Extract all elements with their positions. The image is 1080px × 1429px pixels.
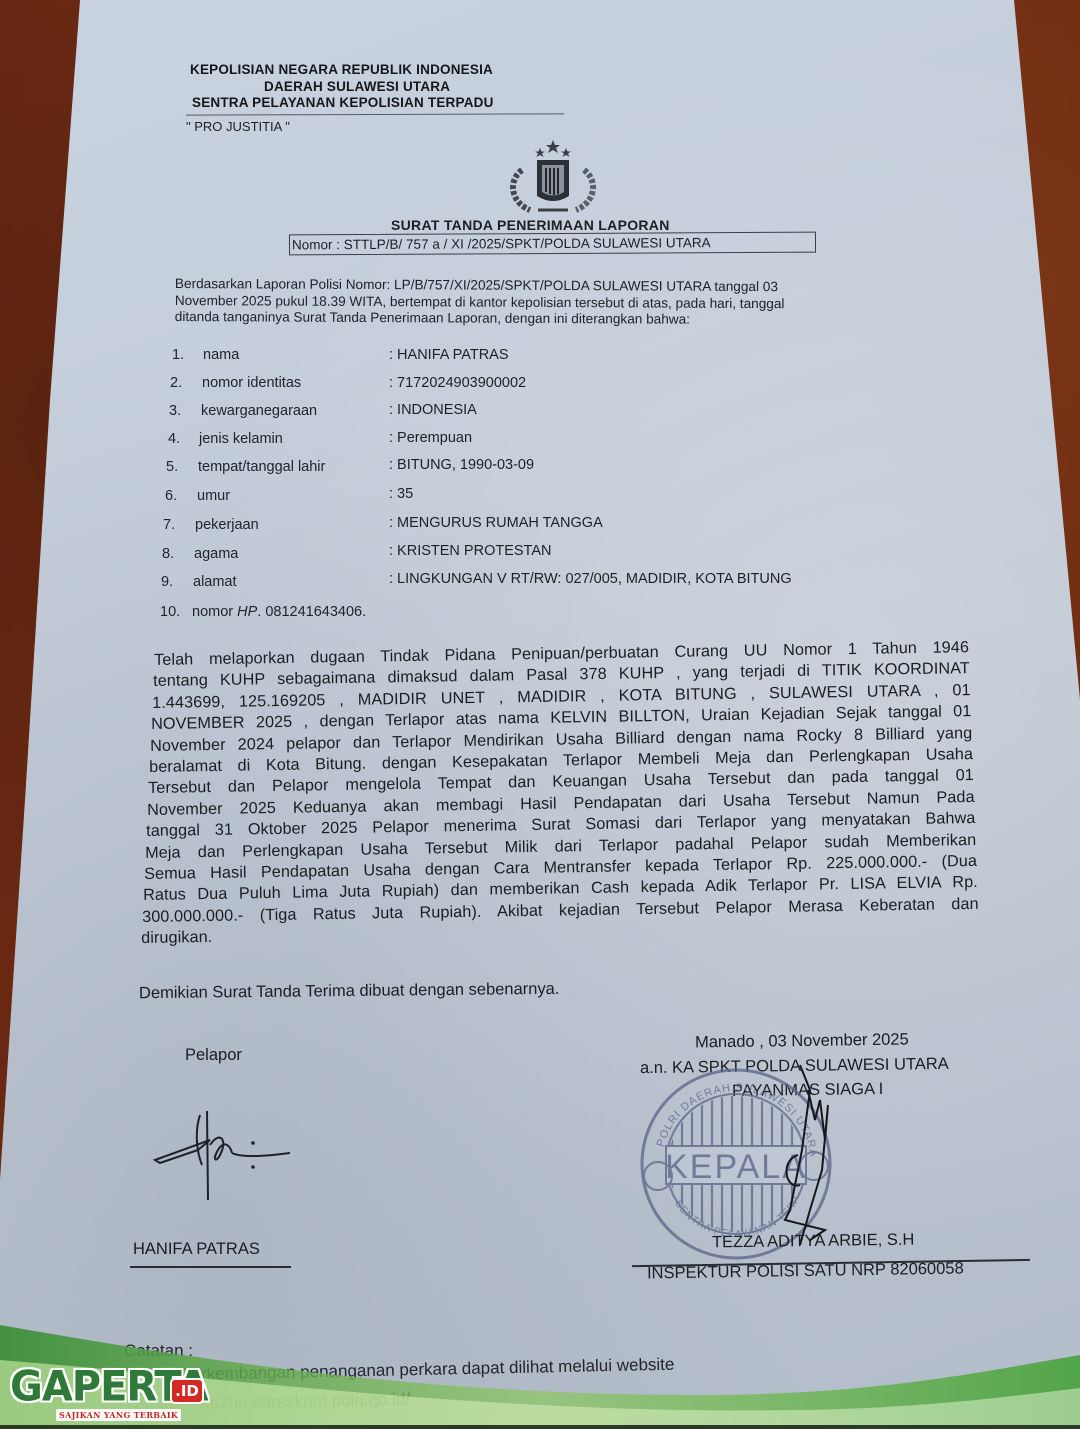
officer-signature [770, 1060, 860, 1250]
identity-row-number: 8. [162, 546, 174, 562]
polri-emblem-icon [500, 140, 606, 216]
identity-row-value: : HANIFA PATRAS [389, 347, 509, 363]
reporter-signature [150, 1105, 305, 1210]
header-institution: KEPOLISIAN NEGARA REPUBLIK INDONESIA [190, 62, 493, 77]
note-heading: Catatan : [124, 1341, 193, 1361]
intro-paragraph: Berdasarkan Laporan Polisi Nomor: LP/B/7… [175, 276, 785, 329]
identity-row-value: : LINGKUNGAN V RT/RW: 027/005, MADIDIR, … [389, 571, 792, 587]
officer-name: TEZZA ADITYA ARBIE, S.H [712, 1231, 915, 1253]
place-date: Manado , 03 November 2025 [695, 1031, 909, 1053]
reporter-name-underline [130, 1266, 291, 1268]
reporter-label: Pelapor [185, 1046, 242, 1065]
watermark-suffix: .ID [170, 1378, 204, 1404]
header-region: DAERAH SULAWESI UTARA [264, 79, 450, 94]
identity-row-number: 6. [165, 488, 177, 504]
identity-row-label: nama [203, 347, 239, 363]
identity-row-number: 1. [172, 347, 184, 363]
identity-row-label: pekerjaan [195, 517, 259, 533]
intro-line: ditanda tanganinya Surat Tanda Penerimaa… [175, 309, 785, 329]
identity-row-label: kewarganegaraan [201, 403, 317, 419]
identity-row-number: 9. [161, 574, 173, 590]
document-title: SURAT TANDA PENERIMAAN LAPORAN [391, 217, 670, 233]
identity-row-label: jenis kelamin [199, 431, 283, 447]
identity-row-label: agama [194, 546, 238, 562]
identity-row-number: 10. [160, 604, 180, 620]
report-line: dirugikan. [141, 928, 212, 948]
identity-row-label: umur [197, 488, 230, 504]
identity-row-label: nomor identitas [202, 375, 301, 391]
identity-row-value: : Perempuan [389, 430, 472, 446]
identity-row-value: : INDONESIA [389, 402, 477, 418]
identity-row-number: 5. [166, 459, 178, 475]
document-number: Nomor : STTLP/B/ 757 a / XI /2025/SPKT/P… [289, 232, 816, 256]
identity-row-number: 4. [168, 431, 180, 447]
identity-row-label: alamat [193, 574, 237, 590]
identity-row-value: : 35 [389, 486, 413, 502]
reporter-name: HANIFA PATRAS [133, 1240, 260, 1259]
identity-row-value: : BITUNG, 1990-03-09 [389, 457, 534, 473]
identity-row-number: 3. [169, 403, 181, 419]
identity-row-value: : KRISTEN PROTESTAN [389, 543, 551, 559]
identity-row-label: tempat/tanggal lahir [198, 459, 325, 475]
identity-row-value: : 7172024903900002 [389, 375, 526, 391]
watermark-tagline: SAJIKAN YANG TERBAIK [56, 1409, 181, 1421]
identity-row-number: 7. [163, 517, 175, 533]
header-unit: SENTRA PELAYANAN KEPOLISIAN TERPADU [192, 95, 494, 110]
identity-row-label: nomor HP. 081241643406. [192, 604, 366, 620]
pro-justitia: " PRO JUSTITIA " [186, 119, 290, 134]
identity-row-number: 2. [170, 375, 182, 391]
identity-row-value: : MENGURUS RUMAH TANGGA [389, 515, 603, 531]
